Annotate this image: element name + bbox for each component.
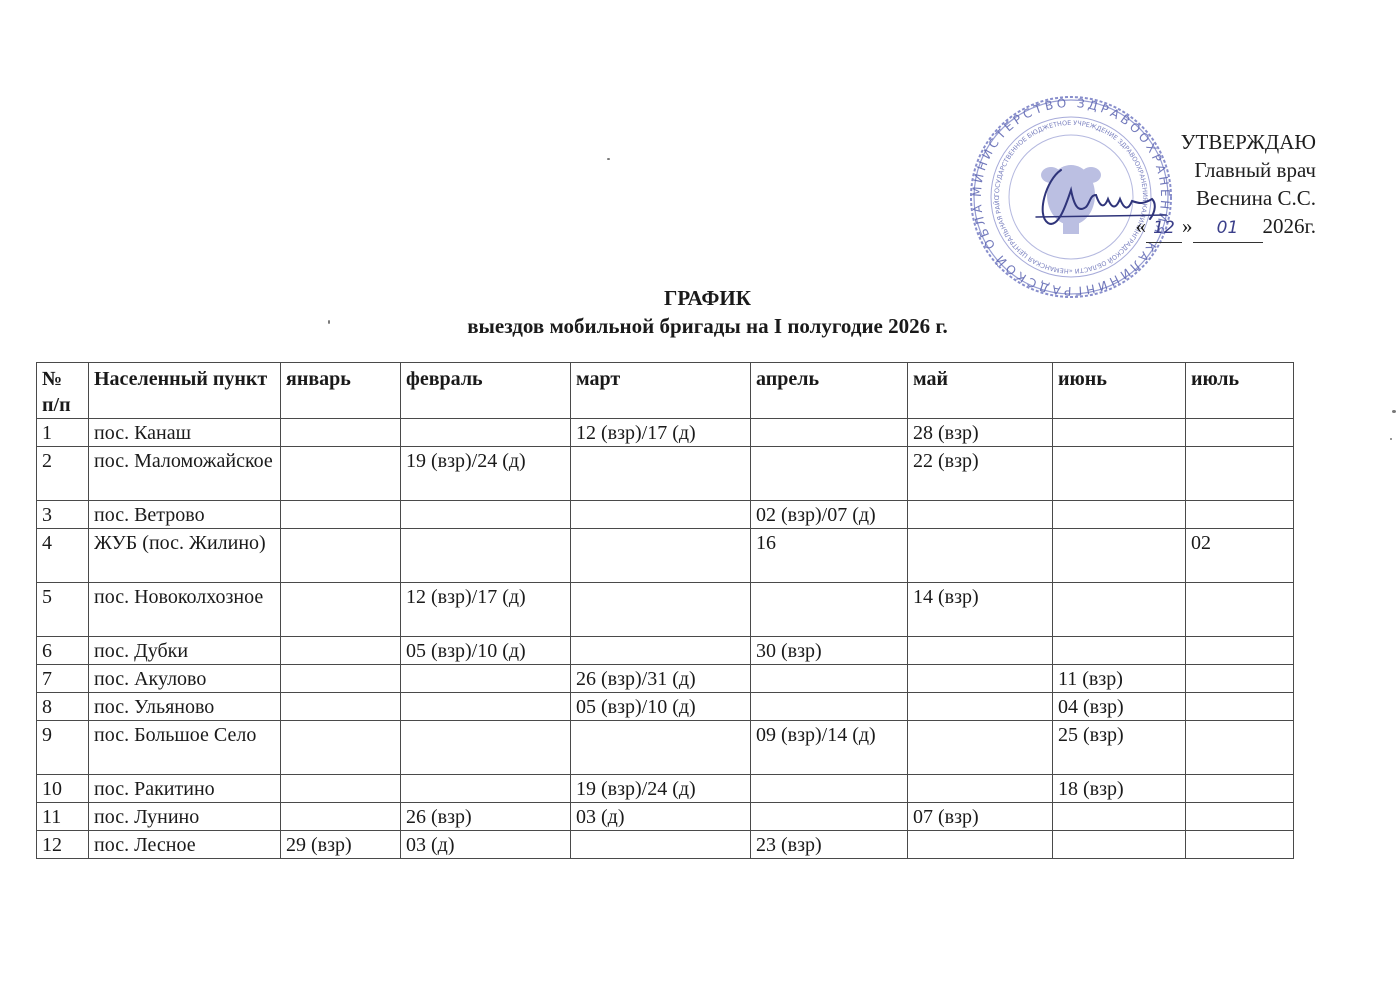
- header-january: январь: [281, 363, 401, 419]
- date-month: 01: [1193, 214, 1263, 243]
- january-cell: [281, 803, 401, 831]
- place-name: пос. Большое Село: [89, 721, 281, 775]
- february-cell: 05 (взр)/10 (д): [401, 637, 571, 665]
- april-cell: 09 (взр)/14 (д): [751, 721, 908, 775]
- table-row: 3пос. Ветрово02 (взр)/07 (д): [37, 501, 1294, 529]
- approver-position: Главный врач: [1136, 156, 1317, 184]
- scan-speck: [1392, 410, 1396, 413]
- document-title: ГРАФИК: [15, 284, 1400, 312]
- april-cell: 02 (взр)/07 (д): [751, 501, 908, 529]
- april-cell: [751, 447, 908, 501]
- may-cell: 14 (взр): [908, 583, 1053, 637]
- march-cell: [571, 721, 751, 775]
- may-cell: [908, 501, 1053, 529]
- march-cell: 05 (взр)/10 (д): [571, 693, 751, 721]
- row-number: 9: [37, 721, 89, 775]
- july-cell: [1186, 831, 1294, 859]
- place-name: пос. Дубки: [89, 637, 281, 665]
- june-cell: 11 (взр): [1053, 665, 1186, 693]
- january-cell: 29 (взр): [281, 831, 401, 859]
- place-name: пос. Акулово: [89, 665, 281, 693]
- april-cell: 23 (взр): [751, 831, 908, 859]
- place-name: пос. Ветрово: [89, 501, 281, 529]
- table-header-row: № п/п Населенный пункт январь февраль ма…: [37, 363, 1294, 419]
- january-cell: [281, 637, 401, 665]
- header-march: март: [571, 363, 751, 419]
- june-cell: [1053, 803, 1186, 831]
- july-cell: [1186, 803, 1294, 831]
- july-cell: [1186, 501, 1294, 529]
- date-open-quote: «: [1136, 214, 1147, 238]
- row-number: 11: [37, 803, 89, 831]
- march-cell: [571, 529, 751, 583]
- june-cell: [1053, 583, 1186, 637]
- may-cell: [908, 637, 1053, 665]
- table-row: 1пос. Канаш12 (взр)/17 (д)28 (взр): [37, 419, 1294, 447]
- march-cell: 03 (д): [571, 803, 751, 831]
- header-july: июль: [1186, 363, 1294, 419]
- february-cell: [401, 419, 571, 447]
- february-cell: [401, 721, 571, 775]
- place-name: пос. Ульяново: [89, 693, 281, 721]
- february-cell: 03 (д): [401, 831, 571, 859]
- table-row: 8пос. Ульяново05 (взр)/10 (д)04 (взр): [37, 693, 1294, 721]
- row-number: 10: [37, 775, 89, 803]
- place-name: пос. Новоколхозное: [89, 583, 281, 637]
- may-cell: [908, 721, 1053, 775]
- march-cell: [571, 583, 751, 637]
- june-cell: 18 (взр): [1053, 775, 1186, 803]
- may-cell: [908, 665, 1053, 693]
- row-number: 8: [37, 693, 89, 721]
- table-row: 10пос. Ракитино19 (взр)/24 (д)18 (взр): [37, 775, 1294, 803]
- april-cell: [751, 775, 908, 803]
- date-close-quote: »: [1182, 214, 1193, 238]
- table-row: 12пос. Лесное29 (взр)03 (д)23 (взр): [37, 831, 1294, 859]
- july-cell: [1186, 721, 1294, 775]
- january-cell: [281, 529, 401, 583]
- may-cell: 07 (взр): [908, 803, 1053, 831]
- place-name: пос. Лесное: [89, 831, 281, 859]
- february-cell: [401, 501, 571, 529]
- june-cell: [1053, 501, 1186, 529]
- approval-date: «12»012026г.: [1136, 212, 1317, 243]
- header-may: май: [908, 363, 1053, 419]
- february-cell: 26 (взр): [401, 803, 571, 831]
- june-cell: 25 (взр): [1053, 721, 1186, 775]
- table-row: 2пос. Маломожайское19 (взр)/24 (д)22 (вз…: [37, 447, 1294, 501]
- april-cell: [751, 419, 908, 447]
- april-cell: [751, 803, 908, 831]
- table-row: 4ЖУБ (пос. Жилино)1602: [37, 529, 1294, 583]
- march-cell: 12 (взр)/17 (д): [571, 419, 751, 447]
- march-cell: [571, 831, 751, 859]
- june-cell: [1053, 447, 1186, 501]
- header-number: № п/п: [37, 363, 89, 419]
- may-cell: [908, 693, 1053, 721]
- january-cell: [281, 693, 401, 721]
- row-number: 6: [37, 637, 89, 665]
- july-cell: [1186, 447, 1294, 501]
- july-cell: [1186, 775, 1294, 803]
- june-cell: [1053, 637, 1186, 665]
- place-name: пос. Лунино: [89, 803, 281, 831]
- place-name: пос. Ракитино: [89, 775, 281, 803]
- date-day: 12: [1146, 214, 1182, 243]
- july-cell: [1186, 637, 1294, 665]
- row-number: 7: [37, 665, 89, 693]
- table-row: 11пос. Лунино26 (взр)03 (д)07 (взр): [37, 803, 1294, 831]
- january-cell: [281, 419, 401, 447]
- april-cell: 16: [751, 529, 908, 583]
- table-row: 5пос. Новоколхозное12 (взр)/17 (д)14 (вз…: [37, 583, 1294, 637]
- header-april: апрель: [751, 363, 908, 419]
- march-cell: [571, 447, 751, 501]
- header-place: Населенный пункт: [89, 363, 281, 419]
- place-name: ЖУБ (пос. Жилино): [89, 529, 281, 583]
- march-cell: 26 (взр)/31 (д): [571, 665, 751, 693]
- scan-speck: [328, 320, 330, 324]
- may-cell: 28 (взр): [908, 419, 1053, 447]
- june-cell: [1053, 831, 1186, 859]
- scan-speck: [1390, 438, 1392, 440]
- scan-speck: [607, 158, 610, 160]
- april-cell: [751, 583, 908, 637]
- table-body: 1пос. Канаш12 (взр)/17 (д)28 (взр)2пос. …: [37, 419, 1294, 859]
- july-cell: [1186, 665, 1294, 693]
- january-cell: [281, 721, 401, 775]
- march-cell: 19 (взр)/24 (д): [571, 775, 751, 803]
- april-cell: 30 (взр): [751, 637, 908, 665]
- header-february: февраль: [401, 363, 571, 419]
- july-cell: [1186, 583, 1294, 637]
- may-cell: [908, 529, 1053, 583]
- may-cell: 22 (взр): [908, 447, 1053, 501]
- approval-block: УТВЕРЖДАЮ Главный врач Веснина С.С. «12»…: [1136, 128, 1317, 243]
- row-number: 4: [37, 529, 89, 583]
- june-cell: [1053, 419, 1186, 447]
- january-cell: [281, 775, 401, 803]
- document-title-block: ГРАФИК выездов мобильной бригады на I по…: [0, 284, 1400, 340]
- table-row: 7пос. Акулово26 (взр)/31 (д)11 (взр): [37, 665, 1294, 693]
- approver-name: Веснина С.С.: [1136, 184, 1317, 212]
- april-cell: [751, 665, 908, 693]
- approval-heading: УТВЕРЖДАЮ: [1136, 128, 1317, 156]
- row-number: 12: [37, 831, 89, 859]
- row-number: 5: [37, 583, 89, 637]
- may-cell: [908, 831, 1053, 859]
- row-number: 1: [37, 419, 89, 447]
- place-name: пос. Маломожайское: [89, 447, 281, 501]
- january-cell: [281, 583, 401, 637]
- row-number: 3: [37, 501, 89, 529]
- header-june: июнь: [1053, 363, 1186, 419]
- table-row: 6пос. Дубки05 (взр)/10 (д)30 (взр): [37, 637, 1294, 665]
- row-number: 2: [37, 447, 89, 501]
- january-cell: [281, 501, 401, 529]
- schedule-table: № п/п Населенный пункт январь февраль ма…: [36, 362, 1294, 859]
- january-cell: [281, 447, 401, 501]
- july-cell: [1186, 693, 1294, 721]
- february-cell: [401, 775, 571, 803]
- june-cell: [1053, 529, 1186, 583]
- march-cell: [571, 501, 751, 529]
- march-cell: [571, 637, 751, 665]
- february-cell: [401, 665, 571, 693]
- july-cell: 02: [1186, 529, 1294, 583]
- date-year: 2026г.: [1263, 214, 1317, 238]
- july-cell: [1186, 419, 1294, 447]
- may-cell: [908, 775, 1053, 803]
- january-cell: [281, 665, 401, 693]
- february-cell: 12 (взр)/17 (д): [401, 583, 571, 637]
- february-cell: 19 (взр)/24 (д): [401, 447, 571, 501]
- document-subtitle: выездов мобильной бригады на I полугодие…: [15, 312, 1400, 340]
- table-row: 9пос. Большое Село09 (взр)/14 (д)25 (взр…: [37, 721, 1294, 775]
- february-cell: [401, 693, 571, 721]
- february-cell: [401, 529, 571, 583]
- june-cell: 04 (взр): [1053, 693, 1186, 721]
- april-cell: [751, 693, 908, 721]
- place-name: пос. Канаш: [89, 419, 281, 447]
